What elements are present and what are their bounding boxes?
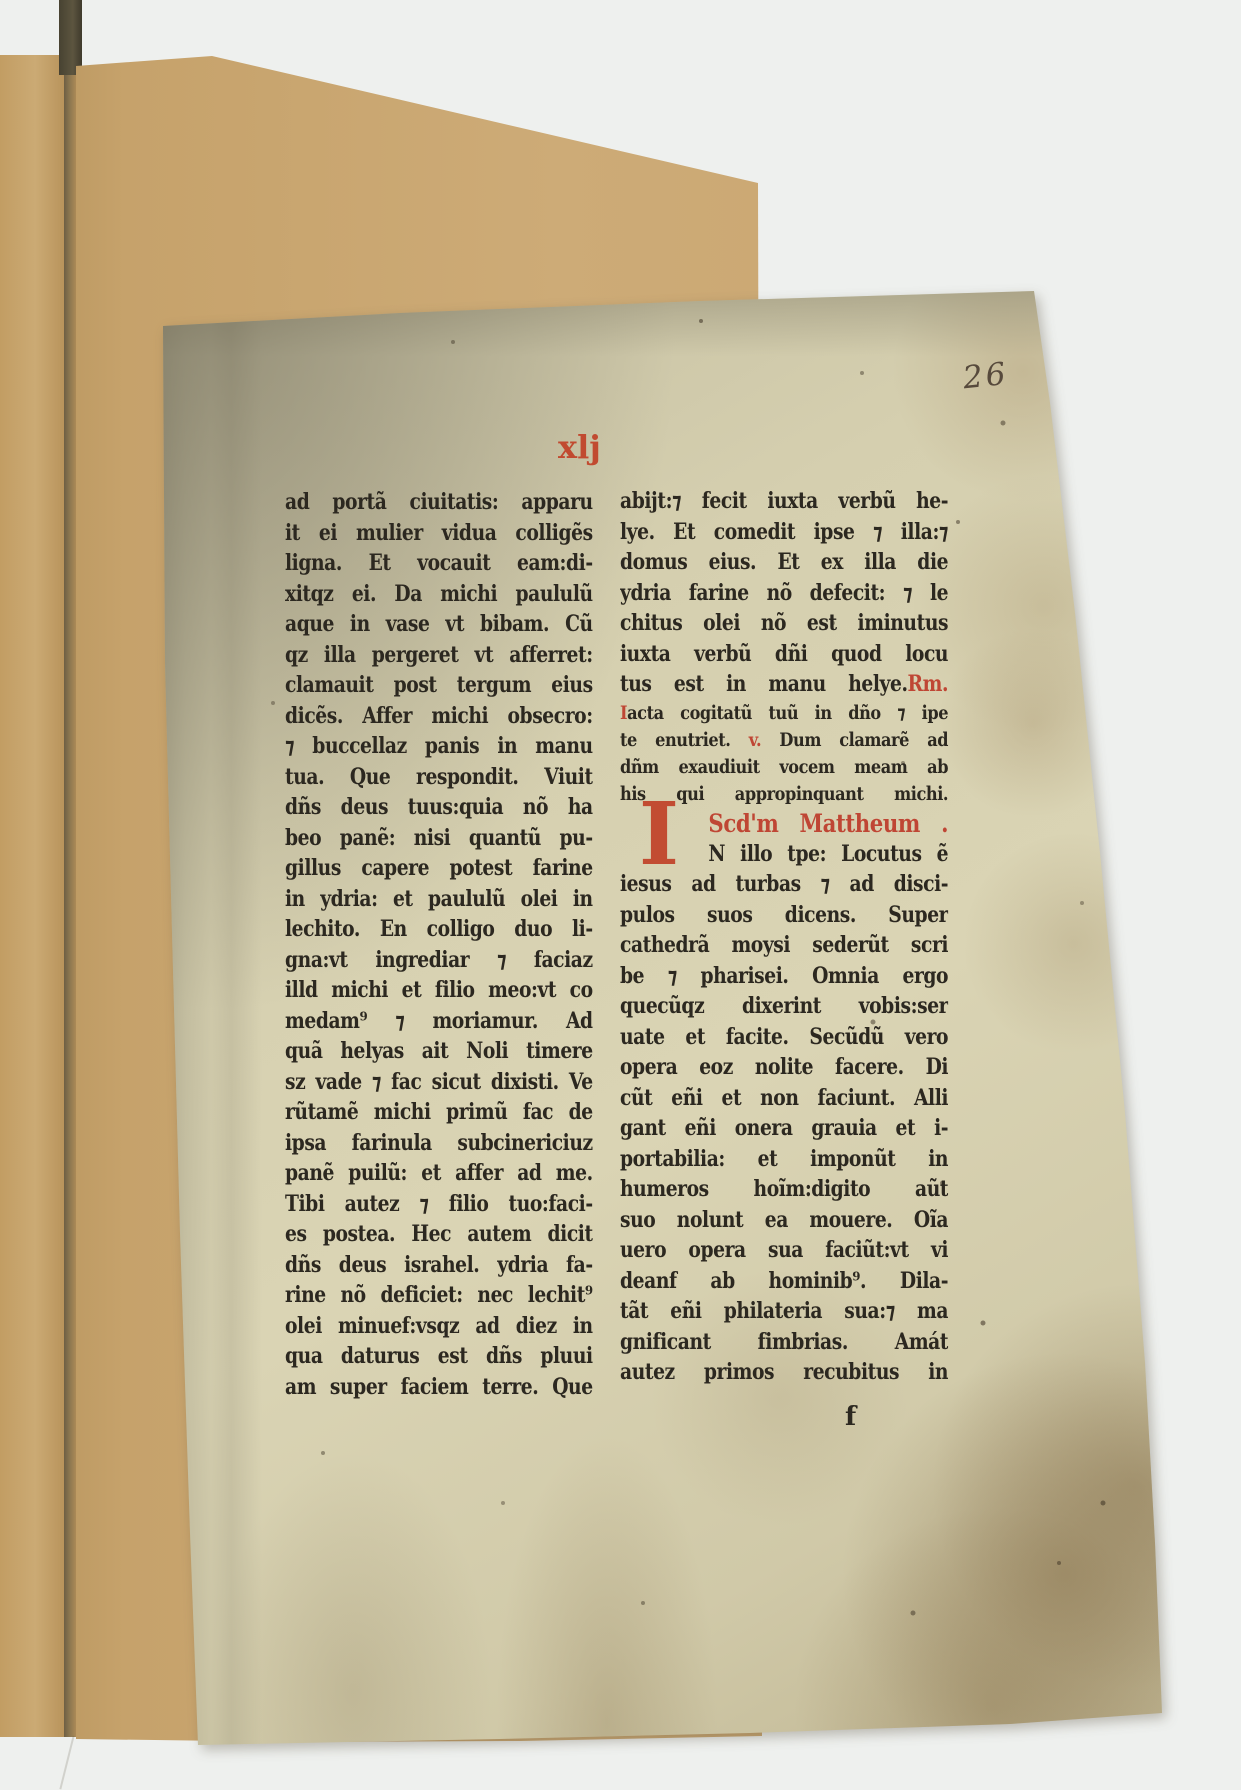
text-line: in ydria: et paululũ olei in [285,884,593,915]
text-segment: ipsa farinula subcinericiuz [285,1130,593,1156]
text-line: dicẽs. Affer michi obsecro: [285,701,593,732]
text-line: be ⁊ pharisei. Omnia ergo [620,961,948,992]
text-line: qua daturus est dñs pluui [285,1341,593,1372]
text-line: cathedrã moysi sederũt scri [620,930,948,961]
text-segment: tus est in manu helye. [620,671,908,697]
text-segment: uero opera sua faciũt:vt vi [620,1237,948,1263]
text-line: panẽ puilũ: et affer ad me. [285,1158,593,1189]
text-line: tus est in manu helye.Rm. [620,669,948,700]
text-line: Iacta cogitatũ tuũ in dño ⁊ ipe [620,700,948,727]
text-line: gnificant fimbrias. Amát [620,1327,948,1358]
text-segment: aque in vase vt bibam. Cũ [285,611,593,637]
text-segment: uate et facite. Secũdũ vero [620,1024,948,1050]
text-line: it ei mulier vidua colligẽs [285,518,593,549]
text-line: dñs deus israhel. ydria fa- [285,1250,593,1281]
text-line: medam⁹ ⁊ moriamur. Ad [285,1006,593,1037]
text-segment: cathedrã moysi sederũt scri [620,932,948,958]
text-segment: beo panẽ: nisi quantũ pu- [285,825,593,851]
text-segment: v. [749,729,762,751]
text-line: tãt eñi philateria sua:⁊ ma [620,1296,948,1327]
text-line: beo panẽ: nisi quantũ pu- [285,823,593,854]
text-segment: in ydria: et paululũ olei in [285,886,593,912]
text-line: olei minuef:vsqz ad diez in [285,1311,593,1342]
text-line: gant eñi onera grauia et i- [620,1113,948,1144]
text-segment: Scd'm Mattheum . [708,809,948,838]
text-segment: rine nõ deficiet: nec lechit⁹ [285,1282,593,1308]
text-line: uero opera sua faciũt:vt vi [620,1235,948,1266]
text-segment: sz vade ⁊ fac sicut dixisti. Ve [285,1069,593,1095]
text-segment: Rm. [908,671,949,697]
text-segment: domus eius. Et ex illa die [620,549,948,575]
catchword: f [845,1402,856,1432]
text-line: ydria farine nõ defecit: ⁊ le [620,578,948,609]
text-segment: be ⁊ pharisei. Omnia ergo [620,963,948,989]
text-segment: dñs deus israhel. ydria fa- [285,1252,593,1278]
text-segment: ⁊ buccellaz panis in manu [285,733,593,759]
text-segment: lye. Et comedit ipse ⁊ illa:⁊ [620,519,948,545]
text-line: aque in vase vt bibam. Cũ [285,609,593,640]
left-page-edge [0,55,64,1737]
ink-specks [0,0,2,2]
text-line: suo nolunt ea mouere. Oĩa [620,1205,948,1236]
gospel-initial-letter: I [616,797,702,877]
text-segment: ydria farine nõ defecit: ⁊ le [620,580,948,606]
text-segment: it ei mulier vidua colligẽs [285,520,593,546]
right-text-column: abijt:⁊ fecit iuxta verbũ he-lye. Et com… [620,486,948,1388]
text-line: abijt:⁊ fecit iuxta verbũ he- [620,486,948,517]
text-segment: lechito. En colligo duo li- [285,916,593,942]
text-line: te enutriet. v. Dum clamarẽ ad [620,727,948,754]
text-line: gillus capere potest farine [285,853,593,884]
text-line: dñs deus tuus:quia nõ ha [285,792,593,823]
text-segment: Tibi autez ⁊ filio tuo:faci- [285,1191,593,1217]
text-segment: portabilia: et imponũt in [620,1146,948,1172]
text-segment: tãt eñi philateria sua:⁊ ma [620,1298,948,1324]
text-segment: iuxta verbũ dñi quod locu [620,641,948,667]
text-segment: gant eñi onera grauia et i- [620,1115,948,1141]
text-line: autez primos recubitus in [620,1357,948,1388]
text-segment: chitus olei nõ est iminutus [620,610,948,636]
text-line: dñm exaudiuit vocem meam ab [620,754,948,781]
text-line: illd michi et filio meo:vt co [285,975,593,1006]
text-segment: autez primos recubitus in [620,1359,948,1385]
text-line: lechito. En colligo duo li- [285,914,593,945]
text-segment: panẽ puilũ: et affer ad me. [285,1160,593,1186]
text-segment: ligna. Et vocauit eam:di- [285,550,593,576]
text-segment: opera eoz nolite facere. Di [620,1054,948,1080]
page-number-annotation: 26 [961,356,1010,397]
text-segment: Dum clamarẽ ad [761,729,948,751]
page-fold-line [59,1736,74,1790]
text-segment: clamauit post tergum eius [285,672,593,698]
text-line: chitus olei nõ est iminutus [620,608,948,639]
text-segment: dñs deus tuus:quia nõ ha [285,794,593,820]
text-line: ad portã ciuitatis: apparu [285,487,593,518]
text-line: deanf ab hominib⁹. Dila- [620,1266,948,1297]
text-segment: am super faciem terre. Que [285,1374,593,1400]
text-segment: acta cogitatũ tuũ in dño ⁊ ipe [627,702,948,724]
text-line: tua. Que respondit. Viuit [285,762,593,793]
text-segment: te enutriet. [620,729,749,751]
text-segment: N illo tpe: Locutus ẽ [708,841,948,867]
text-segment: humeros hoĩm:digito aũt [620,1176,948,1202]
text-segment: qz illa pergeret vt afferret: [285,642,593,668]
text-line: quã helyas ait Noli timere [285,1036,593,1067]
text-segment: olei minuef:vsqz ad diez in [285,1313,593,1339]
text-segment: gna:vt ingrediar ⁊ faciaz [285,947,593,973]
text-line: humeros hoĩm:digito aũt [620,1174,948,1205]
text-segment: qua daturus est dñs pluui [285,1343,593,1369]
text-segment: quecũqz dixerint vobis:ser [620,993,948,1019]
text-segment: tua. Que respondit. Viuit [285,764,593,790]
left-text-column: ad portã ciuitatis: apparuit ei mulier v… [285,487,593,1402]
text-line: clamauit post tergum eius [285,670,593,701]
text-line: Tibi autez ⁊ filio tuo:faci- [285,1189,593,1220]
text-segment: suo nolunt ea mouere. Oĩa [620,1207,948,1233]
text-segment: medam⁹ ⁊ moriamur. Ad [285,1008,593,1034]
text-segment: gillus capere potest farine [285,855,593,881]
text-segment: rũtamẽ michi primũ fac de [285,1099,593,1125]
text-segment: pulos suos dicens. Super [620,902,948,928]
bookmark-ribbon [59,0,82,75]
text-line: rũtamẽ michi primũ fac de [285,1097,593,1128]
text-line: quecũqz dixerint vobis:ser [620,991,948,1022]
text-segment: dñm exaudiuit vocem meam ab [620,756,948,778]
text-line: am super faciem terre. Que [285,1372,593,1403]
text-segment: dicẽs. Affer michi obsecro: [285,703,593,729]
book-gutter [64,55,77,1737]
text-segment: gnificant fimbrias. Amát [620,1329,948,1355]
folio-number: xlj [558,428,601,466]
text-segment: xitqz ei. Da michi paululũ [285,581,593,607]
text-line: ⁊ buccellaz panis in manu [285,731,593,762]
text-line: rine nõ deficiet: nec lechit⁹ [285,1280,593,1311]
text-line: xitqz ei. Da michi paululũ [285,579,593,610]
text-line: lye. Et comedit ipse ⁊ illa:⁊ [620,517,948,548]
text-line: ipsa farinula subcinericiuz [285,1128,593,1159]
text-segment: ad portã ciuitatis: apparu [285,489,593,515]
text-segment: quã helyas ait Noli timere [285,1038,593,1064]
text-line: sz vade ⁊ fac sicut dixisti. Ve [285,1067,593,1098]
text-line: qz illa pergeret vt afferret: [285,640,593,671]
text-segment: cũt eñi et non faciunt. Alli [620,1085,948,1111]
text-line: iuxta verbũ dñi quod locu [620,639,948,670]
text-line: gna:vt ingrediar ⁊ faciaz [285,945,593,976]
text-line: pulos suos dicens. Super [620,900,948,931]
text-line: portabilia: et imponũt in [620,1144,948,1175]
text-segment: es postea. Hec autem dicit [285,1221,593,1247]
text-line: cũt eñi et non faciunt. Alli [620,1083,948,1114]
text-line: ligna. Et vocauit eam:di- [285,548,593,579]
text-segment: illd michi et filio meo:vt co [285,977,593,1003]
text-segment: deanf ab hominib⁹. Dila- [620,1268,948,1294]
text-segment: abijt:⁊ fecit iuxta verbũ he- [620,488,948,514]
text-line: es postea. Hec autem dicit [285,1219,593,1250]
text-line: opera eoz nolite facere. Di [620,1052,948,1083]
text-line: domus eius. Et ex illa die [620,547,948,578]
text-line: uate et facite. Secũdũ vero [620,1022,948,1053]
